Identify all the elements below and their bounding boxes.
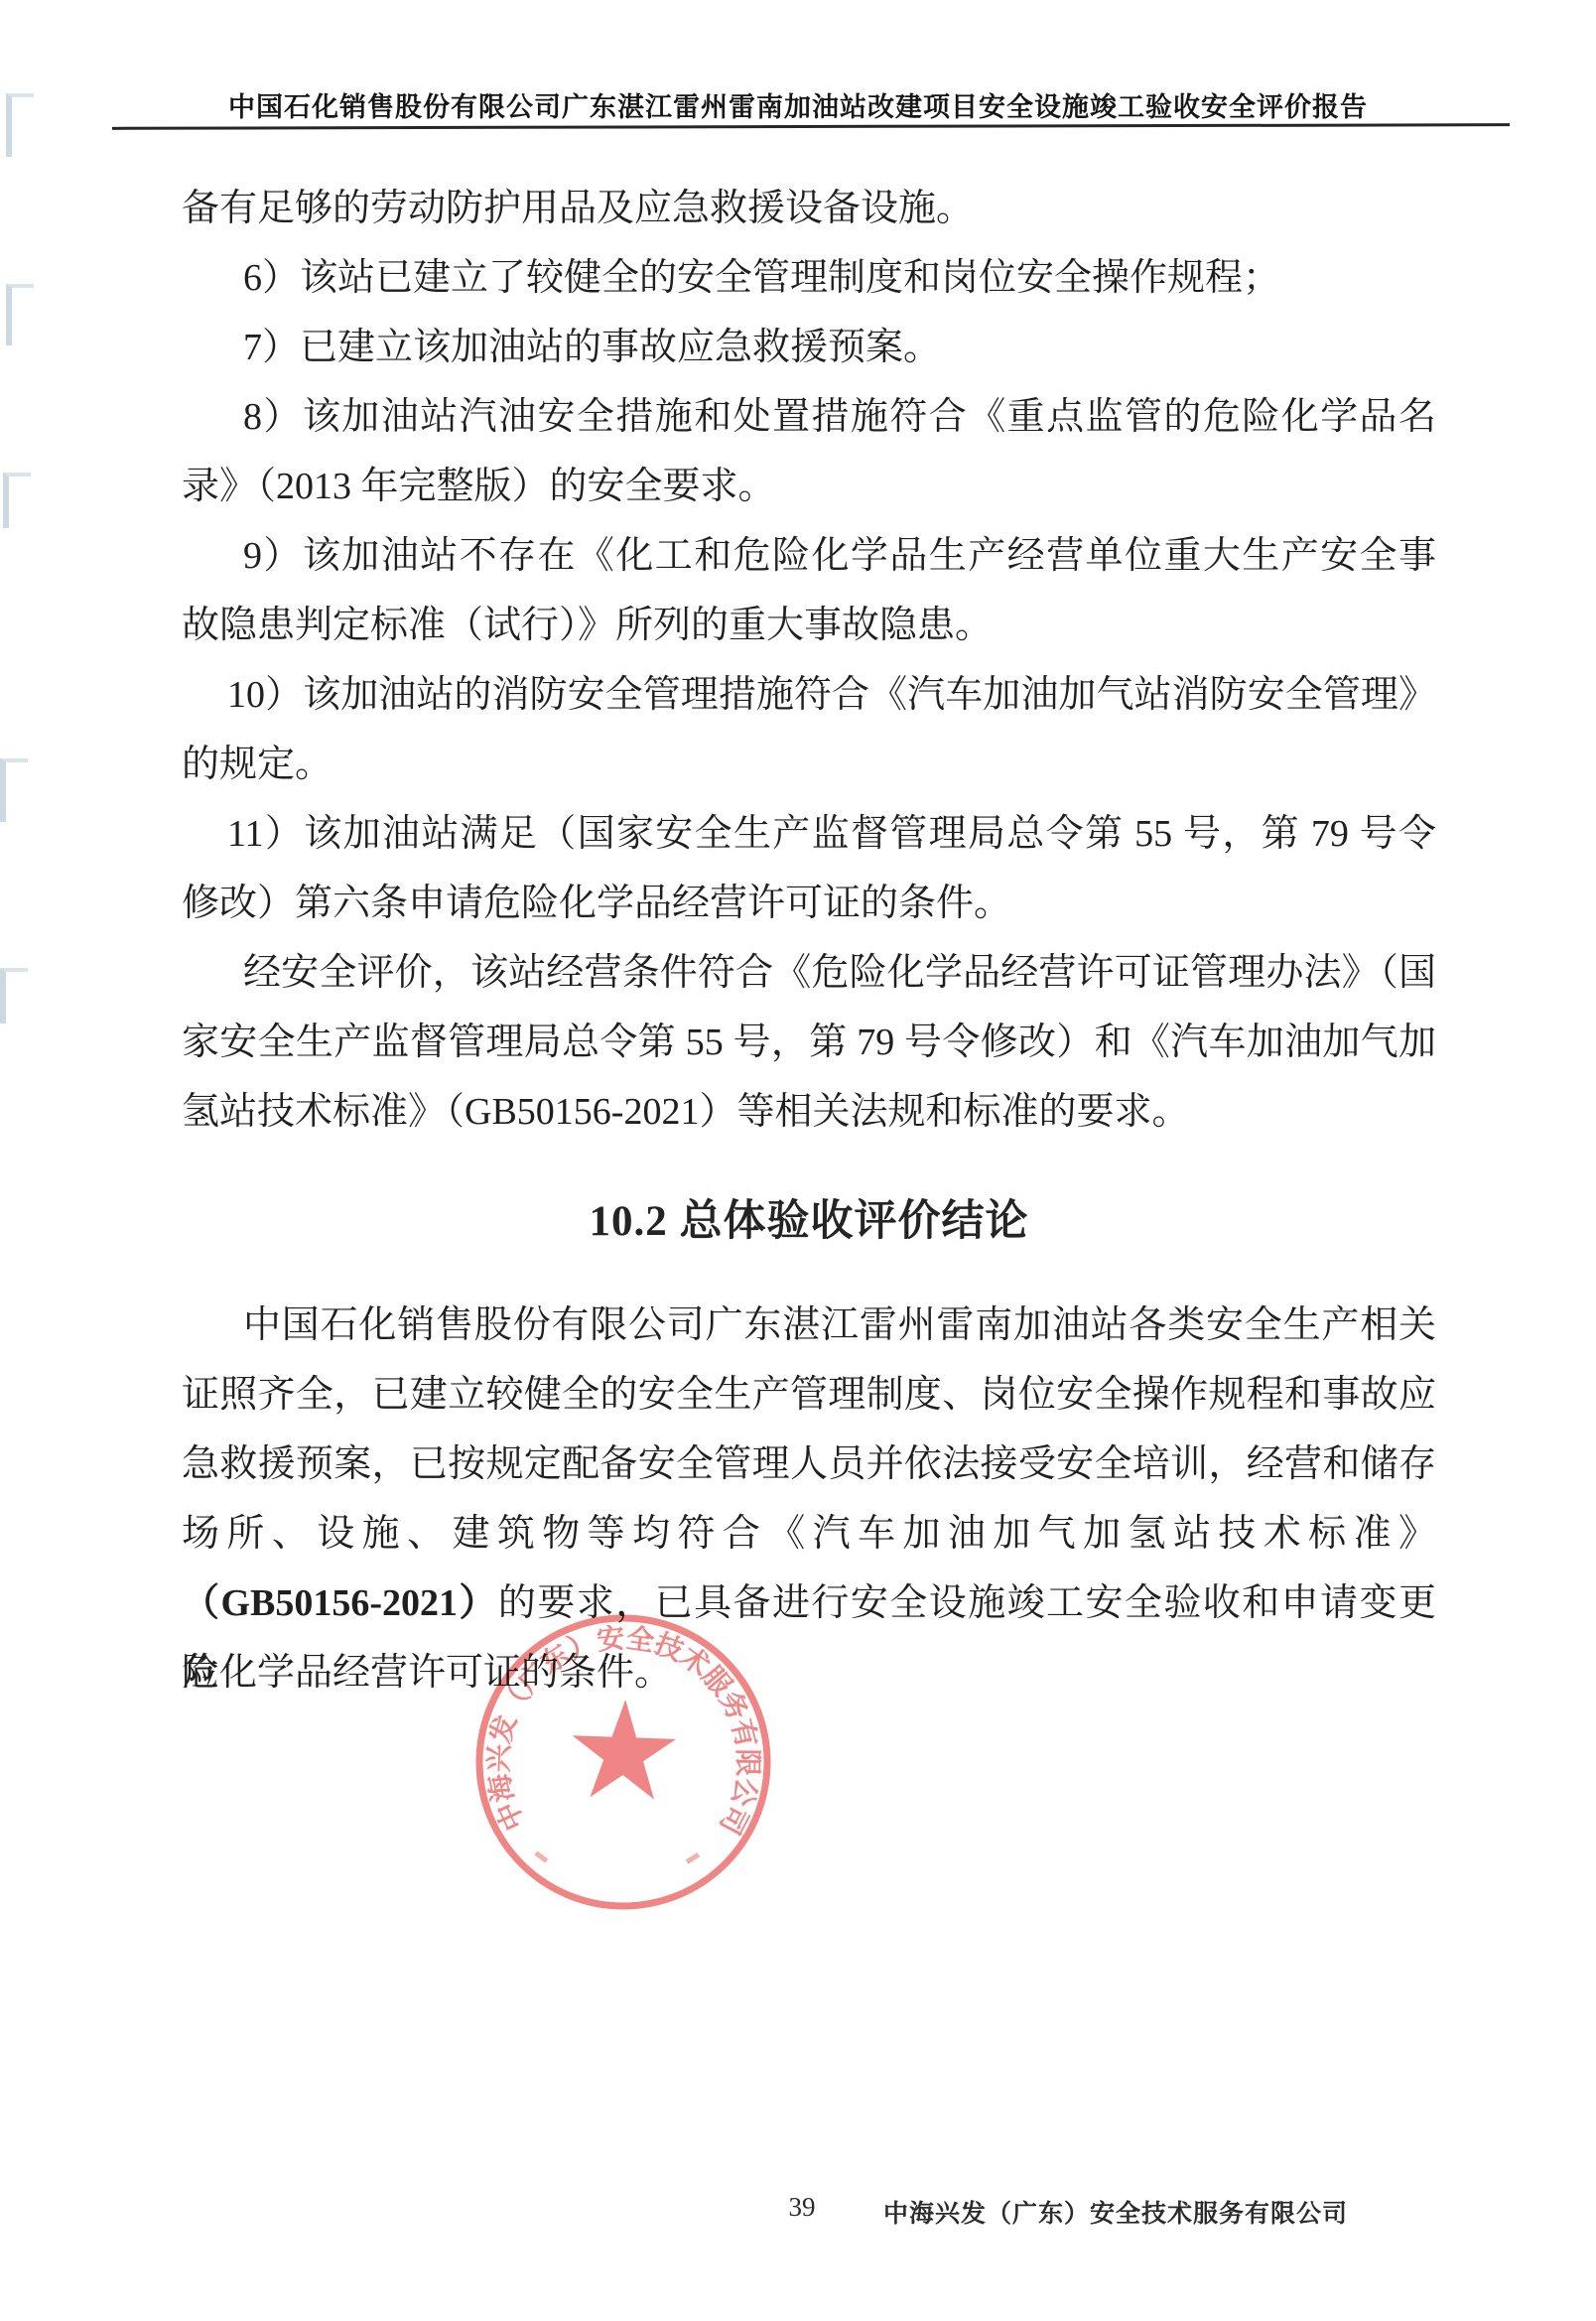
body-line: 录》（2013 年完整版）的安全要求。	[182, 452, 1436, 521]
body-line: 的规定。	[182, 730, 1436, 799]
gb-standard-code: （GB50156-2021）	[182, 1582, 498, 1624]
body-line: 6）该站已建立了较健全的安全管理制度和岗位安全操作规程；	[182, 243, 1436, 313]
body-line: 7）已建立该加油站的事故应急救援预案。	[182, 313, 1436, 382]
body-line: 11）该加油站满足（国家安全生产监督管理局总令第 55 号，第 79 号令	[182, 799, 1436, 869]
body-text-block: 备有足够的劳动防护用品及应急救援设备设施。 6）该站已建立了较健全的安全管理制度…	[182, 174, 1436, 1147]
document-page: 中国石化销售股份有限公司广东湛江雷州雷南加油站改建项目安全设施竣工验收安全评价报…	[0, 0, 1596, 2321]
body-line: 修改）第六条申请危险化学品经营许可证的条件。	[182, 869, 1436, 938]
conclusion-line: 证照齐全，已建立较健全的安全生产管理制度、岗位安全操作规程和事故应	[182, 1360, 1436, 1430]
body-line: 8）该加油站汽油安全措施和处置措施符合《重点监管的危险化学品名	[182, 382, 1436, 452]
body-line: 经安全评价，该站经营条件符合《危险化学品经营许可证管理办法》（国	[182, 938, 1436, 1008]
body-line: 10）该加油站的消防安全管理措施符合《汽车加油加气站消防安全管理》	[182, 660, 1436, 730]
scan-artifact	[0, 968, 28, 1024]
seal-bottom-marks	[534, 1846, 700, 1868]
header-rule	[112, 123, 1510, 130]
conclusion-line: 急救援预案，已按规定配备安全管理人员并依法接受安全培训，经营和储存	[182, 1430, 1436, 1499]
section-heading: 10.2 总体验收评价结论	[182, 1187, 1436, 1248]
body-line: 备有足够的劳动防护用品及应急救援设备设施。	[182, 174, 1436, 243]
conclusion-paragraph: 中国石化销售股份有限公司广东湛江雷州雷南加油站各类安全生产相关 证照齐全，已建立…	[182, 1291, 1436, 1707]
body-line: 9）该加油站不存在《化工和危险化学品生产经营单位重大生产安全事	[182, 521, 1436, 591]
body-line: 家安全生产监督管理局总令第 55 号，第 79 号令修改）和《汽车加油加气加	[182, 1008, 1436, 1077]
company-seal-stamp: 中海兴发（广东）安全技术服务有限公司	[455, 1593, 792, 1931]
conclusion-line: 场所、设施、建筑物等均符合《汽车加油加气加氢站技术标准》	[182, 1499, 1436, 1569]
body-line: 氢站技术标准》（GB50156-2021）等相关法规和标准的要求。	[182, 1077, 1436, 1147]
page-header-title: 中国石化销售股份有限公司广东湛江雷州雷南加油站改建项目安全设施竣工验收安全评价报…	[0, 85, 1596, 124]
seal-star	[570, 1698, 677, 1800]
conclusion-line: （GB50156-2021）的要求，已具备进行安全设施竣工安全验收和申请变更危	[182, 1569, 1436, 1638]
conclusion-line: 中国石化销售股份有限公司广东湛江雷州雷南加油站各类安全生产相关	[182, 1291, 1436, 1360]
footer-page-number: 39	[764, 2192, 840, 2223]
footer-company-name: 中海兴发（广东）安全技术服务有限公司	[883, 2194, 1348, 2230]
scan-artifact	[6, 284, 34, 345]
scan-artifact	[0, 758, 28, 822]
scan-artifact	[3, 473, 31, 528]
body-line: 故隐患判定标准（试行）》所列的重大事故隐患。	[182, 591, 1436, 660]
conclusion-line: 险化学品经营许可证的条件。	[182, 1638, 1436, 1707]
